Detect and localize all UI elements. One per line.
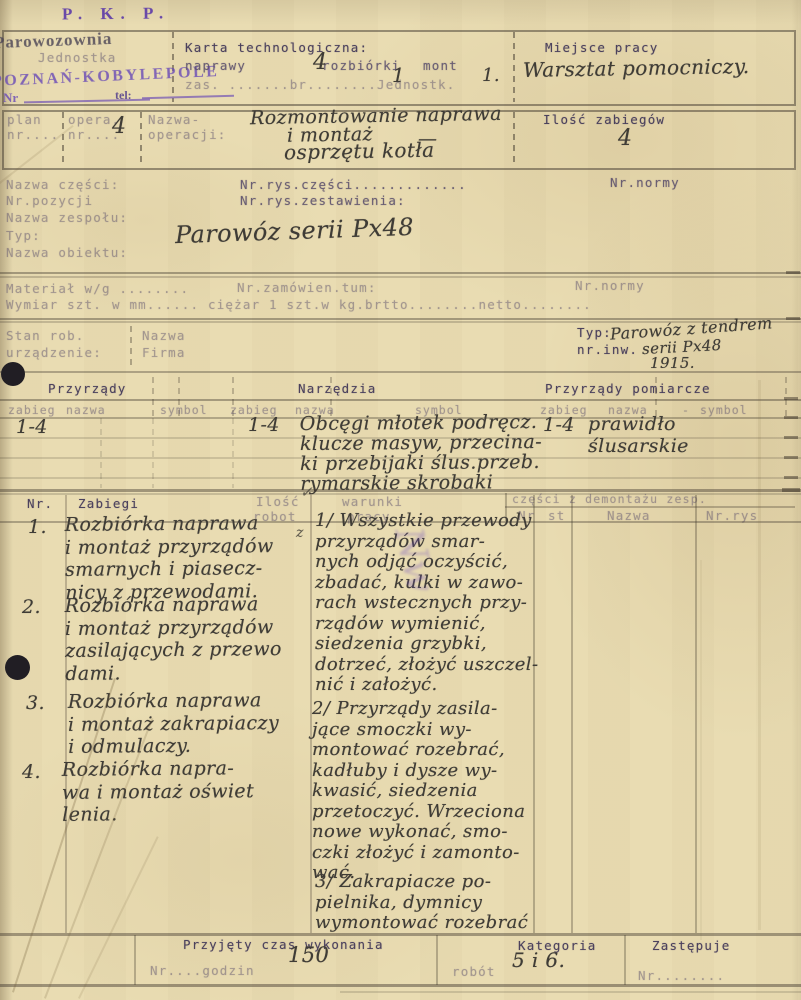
nr-rys-zestawienia-label: Nr.rys.zestawienia: <box>240 193 406 208</box>
rule-line <box>340 991 801 993</box>
material-mid-label: Nr.zamówien.tum: <box>237 280 377 295</box>
pkp-org-stamp: P. K. P. <box>62 4 170 25</box>
row-number: 1. <box>28 516 47 539</box>
stan-rob-label: Stan rob. <box>6 328 85 343</box>
stray-mark: z <box>296 522 304 545</box>
tools-header-przyrzady: Przyrządy <box>48 381 127 396</box>
nazwa-operacji-label-1: Nazwa- <box>148 112 200 127</box>
plan-label: plan <box>7 112 42 127</box>
main-header-warunki: warunki <box>342 494 403 509</box>
stan-typ-label: Typ: <box>577 325 612 340</box>
row-text: Rozbiórka naprawa i montaż przyrządów za… <box>65 593 283 685</box>
paper-crease <box>78 836 159 999</box>
paper-crease <box>700 560 702 940</box>
stan-nazwa-label: Nazwa <box>142 328 186 343</box>
operation-divider-2 <box>140 112 142 166</box>
card-rozbiorki-value: 1 <box>392 64 405 87</box>
line-end-mark <box>786 317 800 320</box>
scanned-document-page: P. K. P. Parowozownia Jednostka POZNAŃ-K… <box>0 0 801 1000</box>
card-dots-line: zas. .......br........Jednostk. <box>185 77 456 92</box>
main-vline <box>571 495 573 933</box>
footer-vline <box>134 935 136 985</box>
card-jednostka-value: 1. <box>482 65 500 88</box>
depot-stamp-nr-label: Nr <box>3 90 18 106</box>
card-col-naprawy: naprawy <box>185 58 246 73</box>
czas-wykonania-value: 150 <box>288 944 329 967</box>
tools-header-vline <box>655 377 657 417</box>
rule-line <box>0 933 801 936</box>
nr-rys-czesci-label: Nr.rys.części............. <box>240 177 467 192</box>
tools-sub-symbol-3: symbol <box>700 403 748 418</box>
tools-body-vline <box>232 418 234 488</box>
stan-divider <box>130 326 132 368</box>
line-end-mark <box>784 436 798 439</box>
ilosc-zabiegow-label: Ilość zabiegów <box>543 112 665 127</box>
operation-divider-3 <box>513 112 515 166</box>
rule-line <box>0 399 801 401</box>
wymiar-rest: w mm...... ciężar 1 szt.w kg.brtto......… <box>112 297 592 312</box>
tools-header-narzedzia: Narzędzia <box>298 381 377 396</box>
line-end-mark <box>784 397 798 400</box>
nr-normy-label-1: Nr.normy <box>610 175 680 190</box>
tools-header-pomiarowe: Przyrządy pomiarcze <box>545 381 711 396</box>
urzadzenie-label: urządzenie: <box>6 345 102 360</box>
operation-name-line3: osprzętu kotła <box>284 139 435 164</box>
paper-crease <box>758 380 761 930</box>
row-number: 3. <box>26 692 45 715</box>
line-end-mark <box>782 488 800 492</box>
obiekt-value: Parowóz serii Px48 <box>175 216 415 247</box>
line-end-mark <box>784 416 798 419</box>
main-header-zabiegi: Zabiegi <box>78 496 139 511</box>
ilosc-zabiegow-value: 4 <box>618 128 632 151</box>
card-col-rozbiorki: rozbiórki <box>322 58 401 73</box>
card-col-mont: mont <box>423 58 458 73</box>
line-end-mark <box>784 456 798 459</box>
zastepuje-label: Zastępuje <box>652 938 731 953</box>
main-header-nr: Nr. <box>27 496 53 511</box>
kategoria-value: 5 i 6. <box>512 949 565 972</box>
material-label: Materiał w/g ........ <box>6 281 189 296</box>
hole-punch <box>5 655 30 680</box>
wymiar-label: Wymiar szt. <box>6 297 102 312</box>
tools-body-vline <box>100 418 102 488</box>
footer-vline <box>436 935 438 985</box>
rule-line <box>0 371 801 373</box>
main-header-ilosc: Ilość <box>256 494 300 509</box>
nazwa-operacji-label-2: operacji: <box>148 127 227 142</box>
tools-body-vline <box>152 418 154 488</box>
nr-pozycji-label: Nr.pozycji <box>6 193 93 208</box>
opera-nr-value: 4 <box>112 116 126 139</box>
miejsce-pracy-label: Miejsce pracy <box>545 40 658 55</box>
depot-typed-unit: Jednostka <box>38 50 117 65</box>
kategoria-sub: robót <box>452 964 496 979</box>
footer-vline <box>624 935 626 985</box>
rule-line <box>0 984 801 987</box>
row-text: Rozbiórka napra- wa i montaż oświet leni… <box>62 757 255 826</box>
tools-header-vline <box>152 377 154 417</box>
line-end-mark <box>786 271 800 274</box>
czas-wykonania-label: Przyjęty czas wykonania <box>183 937 384 952</box>
rule-line <box>0 276 801 278</box>
pomiarowe-zabieg-value: 1-4 <box>543 414 575 437</box>
row-number: 2. <box>22 596 41 619</box>
header-divider-2 <box>513 32 515 102</box>
row-number: 4. <box>22 761 41 784</box>
stan-firma-label: Firma <box>142 345 186 360</box>
nazwa-zespolu-label: Nazwa zespołu: <box>6 210 128 225</box>
narzedzia-value: Obcęgi młotek podręcz. klucze masyw, prz… <box>300 412 543 494</box>
main-header-czesci: części z demontażu zesp. <box>512 492 707 507</box>
warunki-paragraph: 2/ Przyrządy zasila- jące smoczki wy- mo… <box>312 699 525 884</box>
hole-punch <box>1 362 25 386</box>
czas-wykonania-sub: Nr....godzin <box>150 963 255 978</box>
przyrzady-zabieg-value: 1-4 <box>16 416 48 439</box>
card-naprawy-value: 4 <box>313 52 327 75</box>
operation-divider-1 <box>62 112 64 166</box>
rule-line <box>0 272 801 274</box>
card-title: Karta technologiczna: <box>185 40 368 55</box>
depot-stamp-tel-label: tel: <box>115 88 132 103</box>
nazwa-czesci-label: Nazwa części: <box>6 177 119 192</box>
nazwa-obiektu-label: Nazwa obiektu: <box>6 245 128 260</box>
warunki-paragraph: 3/ Zakrapiacze po- pielnika, dymnicy wym… <box>315 872 528 934</box>
nr-normy-label-2: Nr.normy <box>575 278 645 293</box>
row-text: Rozbiórka naprawa i montaż przyrządów sm… <box>65 512 274 604</box>
zastepuje-sub: Nr........ <box>638 968 725 983</box>
tools-sub-nazwa-1: nazwa <box>66 403 106 418</box>
pomiarowe-value: prawidło ślusarskie <box>588 413 689 457</box>
miejsce-pracy-value: Warsztat pomocniczy. <box>523 55 750 81</box>
line-end-mark <box>784 476 798 479</box>
typ-label: Typ: <box>6 228 41 243</box>
main-vline <box>695 495 697 933</box>
narzedzia-zabieg-value: 1-4 <box>248 414 280 437</box>
tools-sub-symbol-1: symbol <box>160 403 208 418</box>
